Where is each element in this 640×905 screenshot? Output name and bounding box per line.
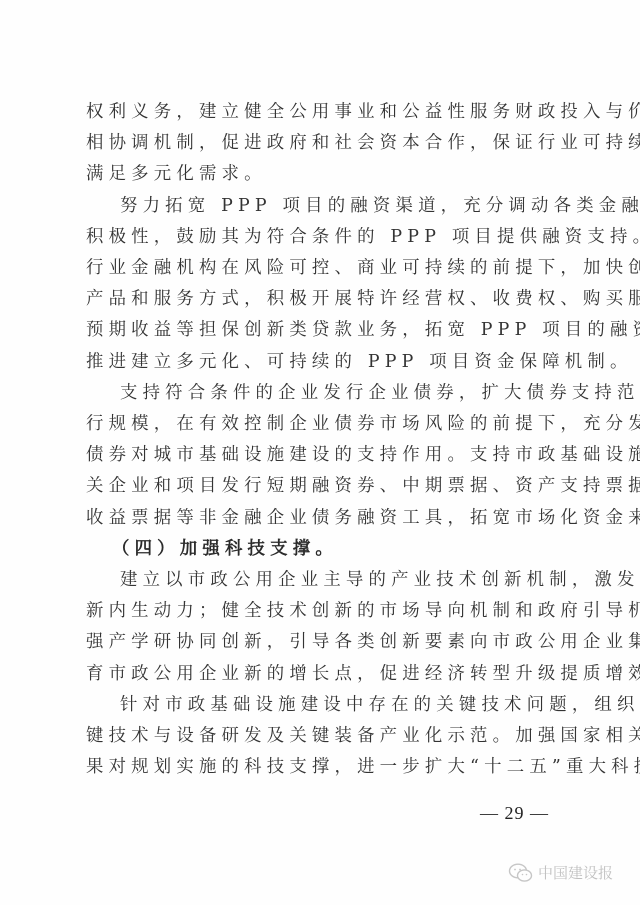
text-line: 建立以市政公用企业主导的产业技术创新机制，激发企业创 <box>120 568 554 592</box>
text-line: 新内生动力；健全技术创新的市场导向机制和政府引导机制，加 <box>86 599 554 623</box>
text-line: 支持符合条件的企业发行企业债券，扩大债券支持范围和发 <box>120 381 554 405</box>
text-line: 强产学研协同创新，引导各类创新要素向市政公用企业集聚，培 <box>86 630 554 654</box>
text-line: 育市政公用企业新的增长点，促进经济转型升级提质增效。 <box>86 662 554 686</box>
text-line: 产品和服务方式，积极开展特许经营权、收费权、购买服务协议 <box>86 287 554 311</box>
text-line: 权利义务，建立健全公用事业和公益性服务财政投入与价格调整 <box>86 100 554 124</box>
text-line: 收益票据等非金融企业债务融资工具，拓宽市场化资金来源。 <box>86 506 554 530</box>
wechat-icon <box>508 863 534 883</box>
document-page: 权利义务，建立健全公用事业和公益性服务财政投入与价格调整 相协调机制，促进政府和… <box>0 0 640 905</box>
text-line: 债券对城市基础设施建设的支持作用。支持市政基础设施建设相 <box>86 443 554 467</box>
text-line: 果对规划实施的科技支撑，进一步扩大“十二五”重大科技成 <box>86 755 554 779</box>
text-line: 行业金融机构在风险可控、商业可持续的前提下，加快创新金融 <box>86 256 554 280</box>
text-line: 努力拓宽 PPP 项目的融资渠道，充分调动各类金融机构的 <box>120 194 554 218</box>
watermark-text: 中国建设报 <box>538 862 613 883</box>
text-line: 推进建立多元化、可持续的 PPP 项目资金保障机制。 <box>86 350 554 374</box>
text-line: 满足多元化需求。 <box>86 162 554 186</box>
text-line: 键技术与设备研发及关键装备产业化示范。加强国家相关科技成 <box>86 724 554 748</box>
text-line: 行规模，在有效控制企业债券市场风险的前提下，充分发挥企业 <box>86 412 554 436</box>
text-line: 关企业和项目发行短期融资券、中期票据、资产支持票据、项目 <box>86 474 554 498</box>
text-line: 积极性，鼓励其为符合条件的 PPP 项目提供融资支持。鼓励银 <box>86 225 554 249</box>
page-number: — 29 — <box>480 803 549 824</box>
text-line: 针对市政基础设施建设中存在的关键技术问题，组织实施关 <box>120 693 554 717</box>
section-heading: （四）加强科技支撑。 <box>112 537 338 561</box>
text-line: 预期收益等担保创新类贷款业务，拓宽 PPP 项目的融资渠道， <box>86 318 554 342</box>
text-line: 相协调机制，促进政府和社会资本合作，保证行业可持续发展， <box>86 131 554 155</box>
source-watermark: 中国建设报 <box>508 862 613 883</box>
